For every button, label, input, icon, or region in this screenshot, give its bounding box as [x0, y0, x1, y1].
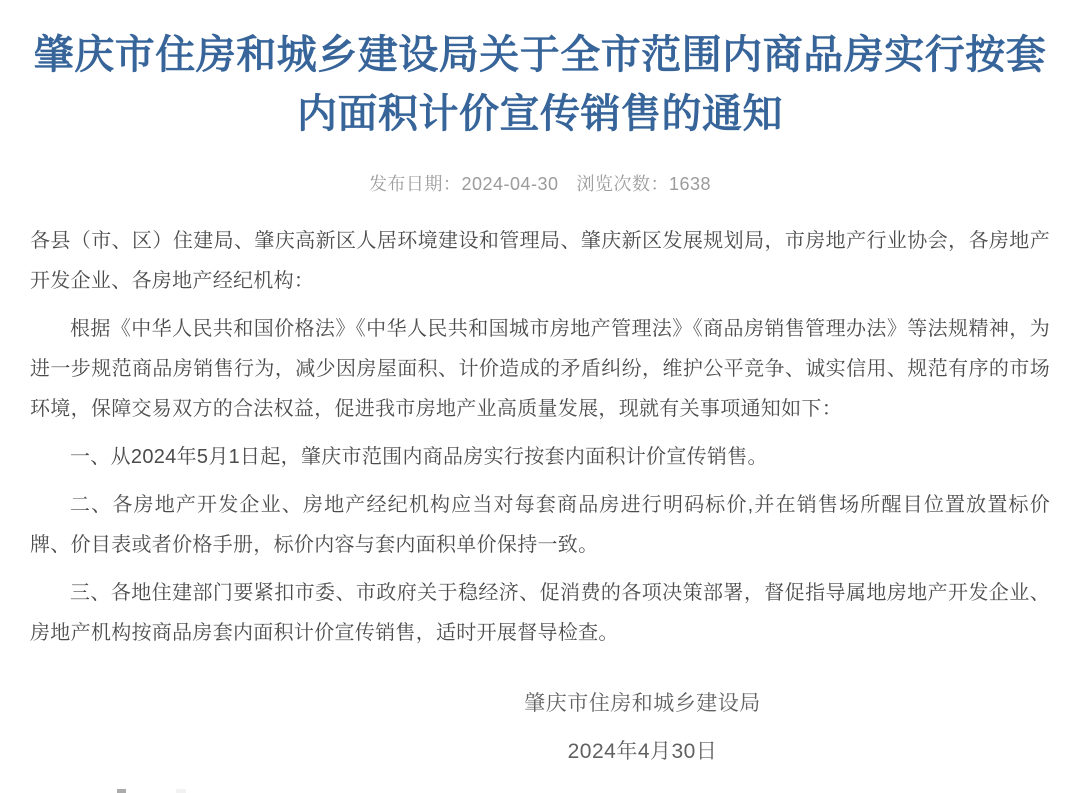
publish-date-label: 发布日期： [369, 174, 462, 194]
notice-title-line-1: 肇庆市住房和城乡建设局关于全市范围内商品房实行按套 [25, 26, 1055, 85]
paragraph-item-1: 一、从2024年5月1日起，肇庆市范围内商品房实行按套内面积计价宣传销售。 [30, 437, 1050, 477]
notice-page: 肇庆市住房和城乡建设局关于全市范围内商品房实行按套 内面积计价宣传销售的通知 发… [0, 0, 1080, 793]
views-count-label: 浏览次数： [577, 174, 670, 194]
notice-header: 肇庆市住房和城乡建设局关于全市范围内商品房实行按套 内面积计价宣传销售的通知 发… [0, 26, 1080, 195]
paragraph-legal-basis: 根据《中华人民共和国价格法》《中华人民共和国城市房地产管理法》《商品房销售管理办… [30, 309, 1050, 429]
notice-title: 肇庆市住房和城乡建设局关于全市范围内商品房实行按套 内面积计价宣传销售的通知 [25, 26, 1055, 144]
paragraph-item-2: 二、各房地产开发企业、房地产经纪机构应当对每套商品房进行明码标价,并在销售场所醒… [30, 485, 1050, 565]
signature-date: 2024年4月30日 [235, 737, 1050, 767]
notice-body: 各县（市、区）住建局、肇庆高新区人居环境建设和管理局、肇庆新区发展规划局，市房地… [30, 221, 1050, 653]
cropped-footer-artifact [117, 789, 126, 793]
publish-date-value: 2024-04-30 [461, 174, 558, 194]
cropped-footer-artifact-faint [176, 789, 186, 793]
salutation-paragraph: 各县（市、区）住建局、肇庆高新区人居环境建设和管理局、肇庆新区发展规划局，市房地… [30, 221, 1050, 301]
views-count-value: 1638 [669, 174, 711, 194]
notice-title-line-2: 内面积计价宣传销售的通知 [25, 85, 1055, 144]
paragraph-item-3: 三、各地住建部门要紧扣市委、市政府关于稳经济、促消费的各项决策部署，督促指导属地… [30, 573, 1050, 653]
signature-organization: 肇庆市住房和城乡建设局 [235, 689, 1050, 719]
signature-block: 肇庆市住房和城乡建设局 2024年4月30日 [30, 689, 1050, 767]
notice-meta: 发布日期：2024-04-30浏览次数：1638 [0, 174, 1080, 195]
